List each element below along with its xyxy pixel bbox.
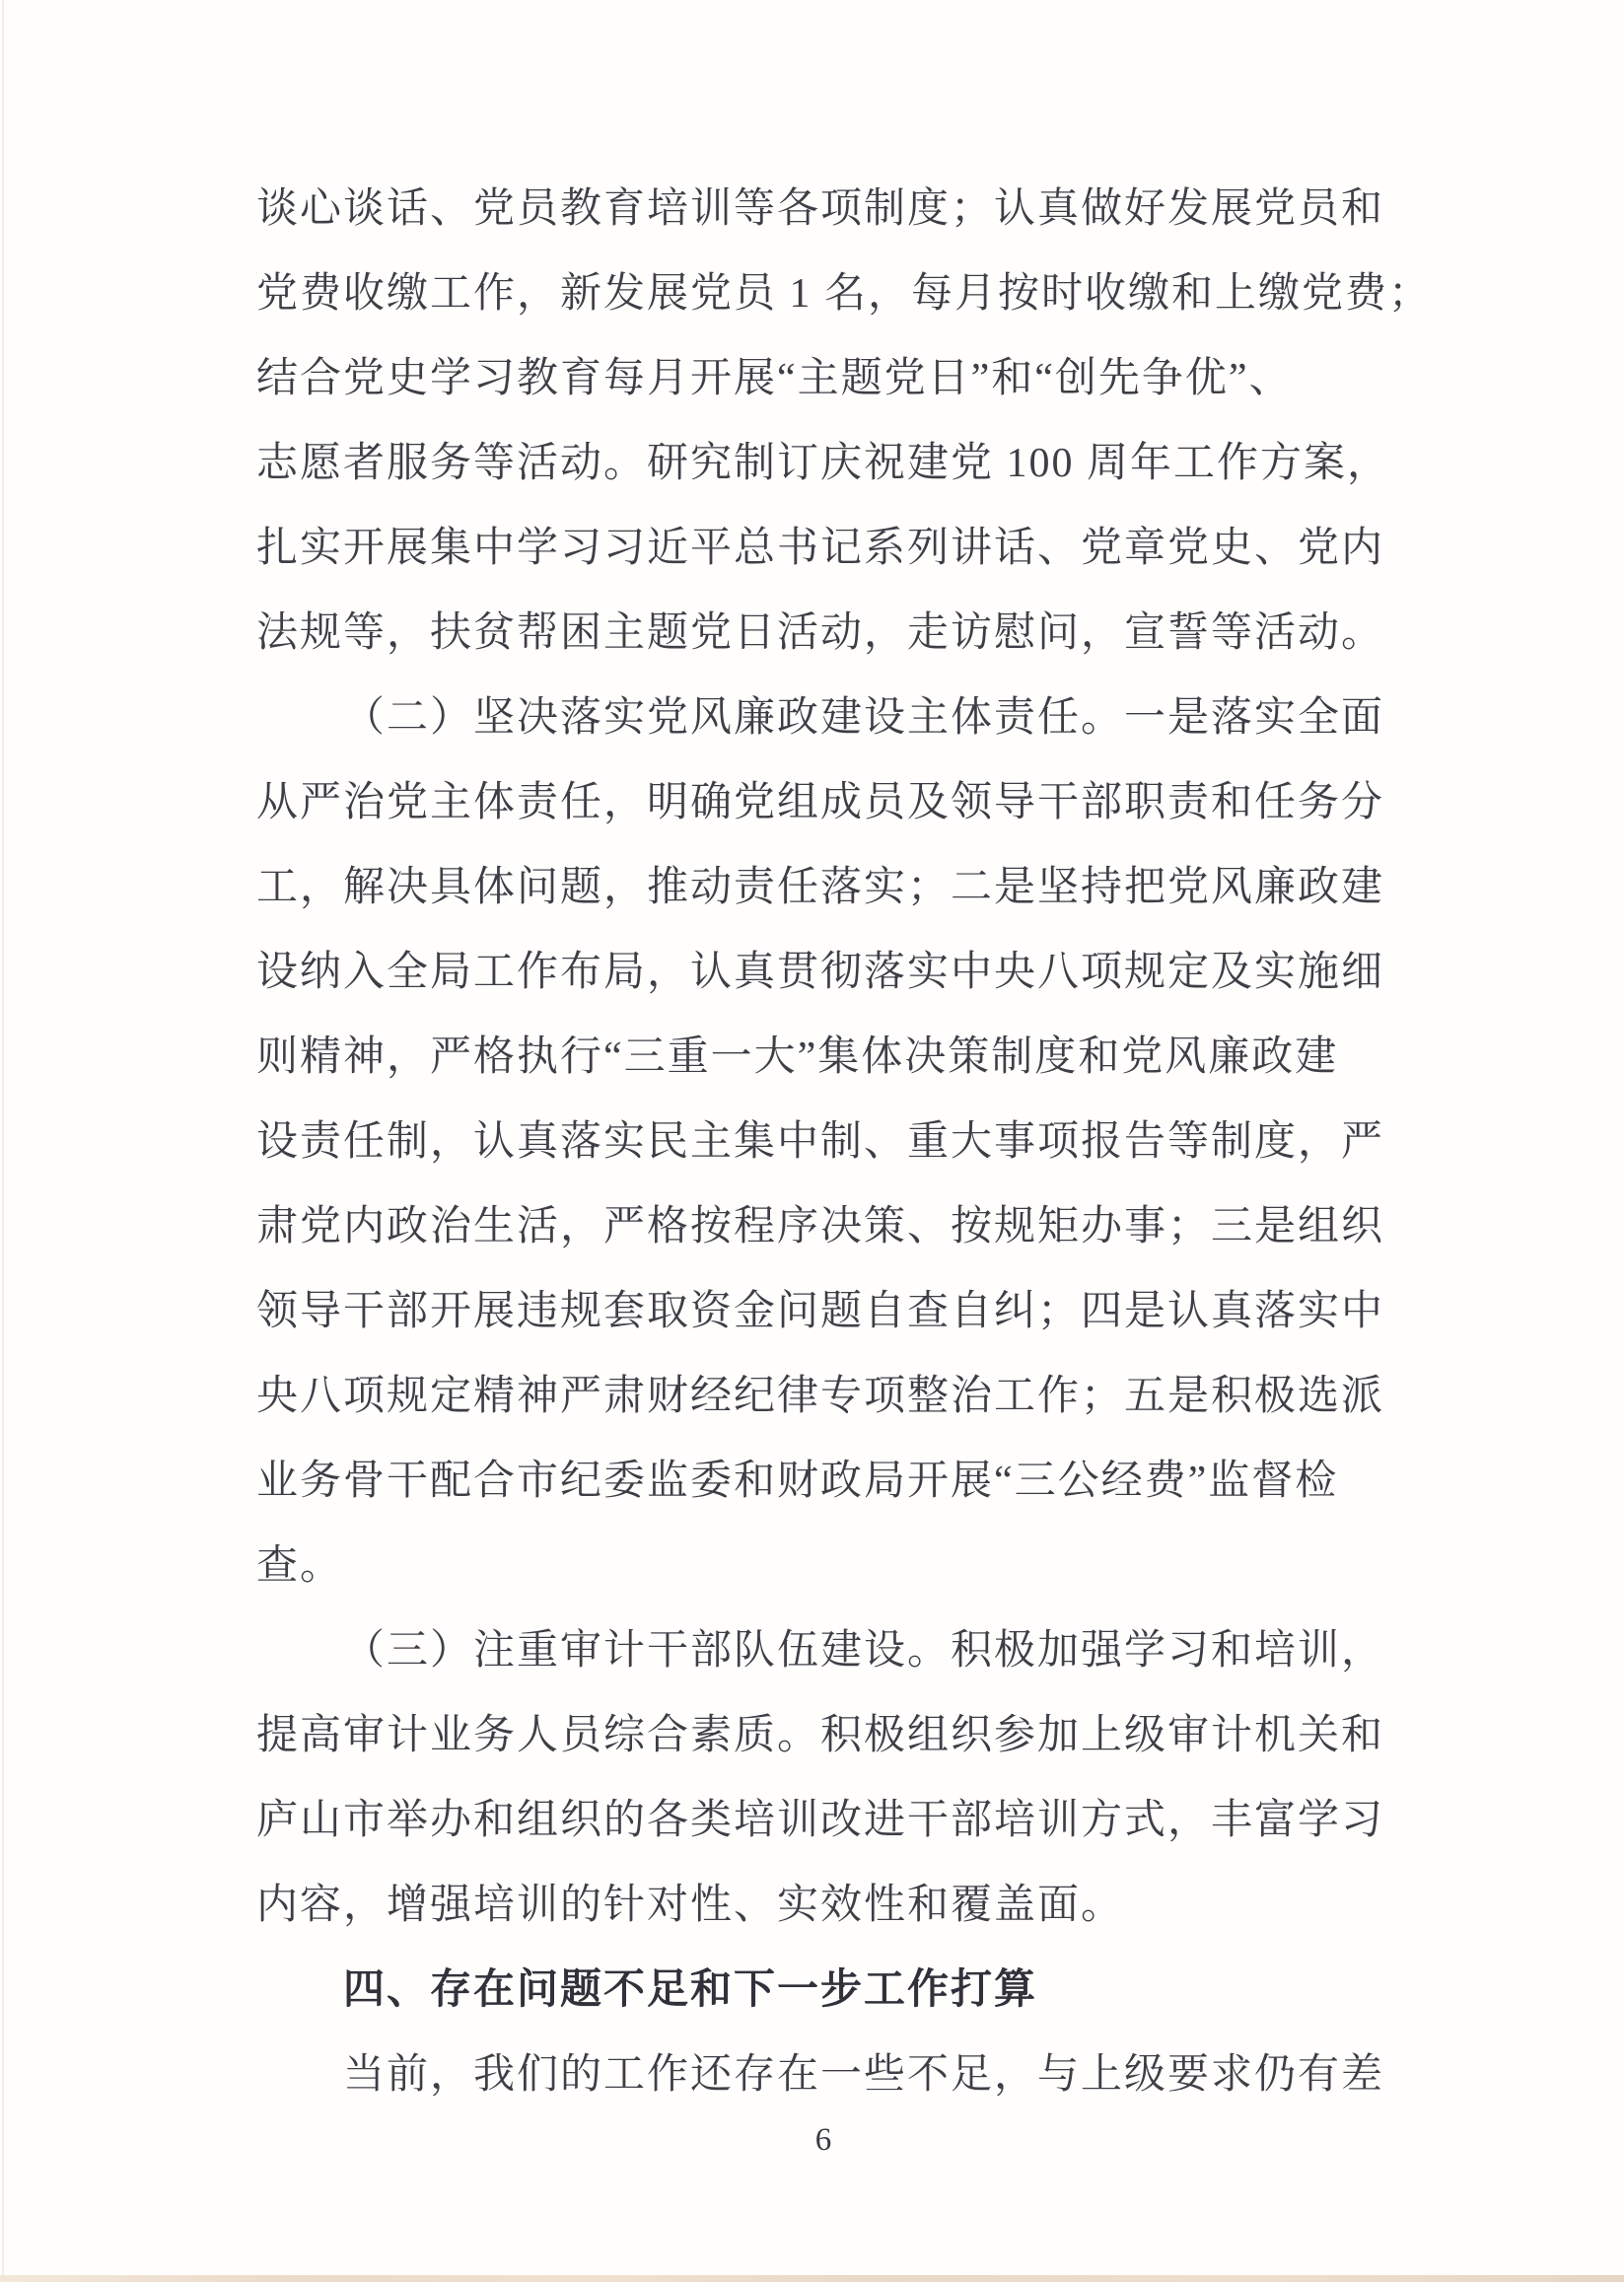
text-line: 党费收缴工作，新发展党员 1 名，每月按时收缴和上缴党费； bbox=[256, 251, 1390, 336]
text-line: 央八项规定精神严肃财经纪律专项整治工作；五是积极选派 bbox=[256, 1354, 1390, 1439]
text-line: 查。 bbox=[256, 1524, 1390, 1608]
scan-edge-bottom bbox=[0, 2275, 1624, 2282]
text-line: 设纳入全局工作布局，认真贯彻落实中央八项规定及实施细 bbox=[256, 930, 1390, 1015]
text-line: 业务骨干配合市纪委监委和财政局开展“三公经费”监督检 bbox=[256, 1439, 1390, 1524]
text-line: （二）坚决落实党风廉政建设主体责任。一是落实全面 bbox=[256, 676, 1390, 760]
text-line: 设责任制，认真落实民主集中制、重大事项报告等制度，严 bbox=[256, 1100, 1390, 1184]
text-line: 肃党内政治生活，严格按程序决策、按规矩办事；三是组织 bbox=[256, 1184, 1390, 1269]
section-heading: 四、存在问题不足和下一步工作打算 bbox=[256, 1948, 1390, 2032]
text-line: 提高审计业务人员综合素质。积极组织参加上级审计机关和 bbox=[256, 1693, 1390, 1778]
text-line: 当前，我们的工作还存在一些不足，与上级要求仍有差 bbox=[256, 2032, 1390, 2117]
text-line: 内容，增强培训的针对性、实效性和覆盖面。 bbox=[256, 1863, 1390, 1948]
scan-edge-left bbox=[2, 0, 4, 2282]
document-text-block: 谈心谈话、党员教育培训等各项制度；认真做好发展党员和党费收缴工作，新发展党员 1… bbox=[256, 167, 1390, 2117]
text-line: 则精神，严格执行“三重一大”集体决策制度和党风廉政建 bbox=[256, 1015, 1390, 1100]
text-line: （三）注重审计干部队伍建设。积极加强学习和培训， bbox=[256, 1608, 1390, 1693]
text-line: 领导干部开展违规套取资金问题自查自纠；四是认真落实中 bbox=[256, 1269, 1390, 1354]
text-line: 扎实开展集中学习习近平总书记系列讲话、党章党史、党内 bbox=[256, 506, 1390, 591]
text-line: 庐山市举办和组织的各类培训改进干部培训方式，丰富学习 bbox=[256, 1778, 1390, 1863]
page-number: 6 bbox=[256, 2116, 1390, 2164]
text-line: 工，解决具体问题，推动责任落实；二是坚持把党风廉政建 bbox=[256, 845, 1390, 930]
document-page: 谈心谈话、党员教育培训等各项制度；认真做好发展党员和党费收缴工作，新发展党员 1… bbox=[0, 0, 1624, 2282]
text-line: 谈心谈话、党员教育培训等各项制度；认真做好发展党员和 bbox=[256, 167, 1390, 251]
text-line: 结合党史学习教育每月开展“主题党日”和“创先争优”、 bbox=[256, 336, 1390, 421]
text-line: 志愿者服务等活动。研究制订庆祝建党 100 周年工作方案， bbox=[256, 421, 1390, 506]
text-line: 法规等，扶贫帮困主题党日活动，走访慰问，宣誓等活动。 bbox=[256, 591, 1390, 676]
text-line: 从严治党主体责任，明确党组成员及领导干部职责和任务分 bbox=[256, 760, 1390, 845]
